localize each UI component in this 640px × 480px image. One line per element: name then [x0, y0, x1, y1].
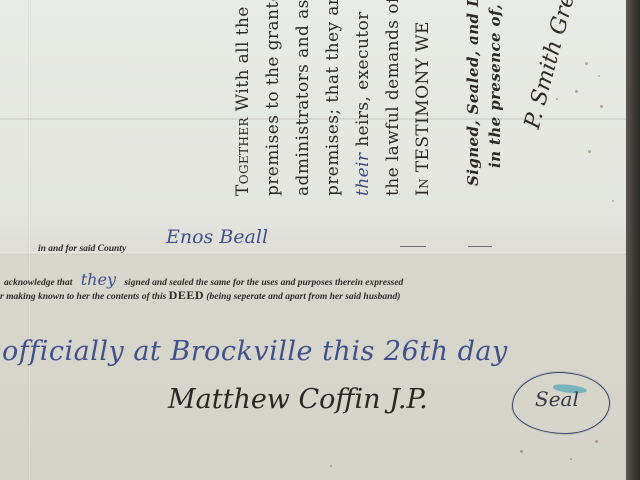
clause-line-1: Together With all the p	[228, 0, 258, 196]
seperate-text: (being seperate and apart from her said …	[206, 292, 400, 302]
foxing-spot	[570, 458, 572, 460]
dark-background-edge	[626, 0, 640, 480]
signed-sealed-text: signed and sealed the same for the uses …	[124, 278, 403, 288]
clause-line-4: premises; that they are	[318, 0, 348, 196]
foxing-spot	[595, 440, 598, 443]
presence-line: in the presence of,	[484, 0, 506, 186]
signed-sealed-line: Signed, Sealed, and Deli	[462, 0, 484, 186]
clause-line-2: premises to the grantee	[258, 0, 288, 196]
dash-line	[400, 246, 426, 247]
handwritten-their: their	[353, 153, 373, 196]
clause-text: With all the p	[233, 0, 253, 117]
justice-signature: Matthew Coffin J.P.	[168, 384, 428, 415]
grantor-signature: P. Smith Gre	[520, 0, 580, 131]
foxing-spot	[588, 150, 591, 153]
clause-line-3: administrators and assign	[288, 0, 318, 196]
foxing-spot	[560, 30, 563, 33]
foxing-spot	[520, 450, 523, 453]
foxing-spot	[556, 98, 558, 100]
foxing-spot	[612, 200, 614, 202]
deed-document: Together With all the p premises to the …	[0, 0, 628, 480]
deed-word: DEED	[169, 288, 204, 302]
foxing-spot	[600, 105, 603, 108]
smallcaps-in: In	[413, 178, 433, 196]
seal-label: Seal	[535, 387, 579, 411]
ack-line-3: r making known to her the contents of th…	[0, 288, 400, 303]
clause-line-7: In TESTIMONY WE	[408, 0, 438, 196]
handwritten-they: they	[75, 270, 122, 289]
clause-text: heirs, executor	[353, 11, 373, 152]
seal-mark: Seal	[512, 372, 610, 434]
ack-line-1: in and for said County	[38, 244, 126, 254]
clause-line-6: the lawful demands of a	[378, 0, 408, 196]
rotated-habendum-clause: Together With all the p premises to the …	[228, 0, 438, 196]
foxing-spot	[598, 75, 600, 77]
clause-line-5: their heirs, executor	[348, 0, 378, 196]
making-known-text: r making known to her the contents of th…	[0, 292, 166, 302]
acknowledge-text: acknowledge that	[4, 278, 72, 288]
county-text: in and for said County	[38, 244, 126, 254]
smallcaps-together: Together	[233, 117, 253, 196]
handwritten-location-date: officially at Brockville this 26th day	[2, 336, 508, 367]
dash-line	[468, 246, 492, 247]
ack-line-2: acknowledge that they signed and sealed …	[4, 270, 403, 289]
foxing-spot	[575, 90, 578, 93]
handwritten-name-enos-beall: Enos Beall	[166, 226, 268, 248]
rotated-signing-block: Signed, Sealed, and Deli in the presence…	[462, 0, 506, 186]
foxing-spot	[330, 465, 332, 467]
clause-text: TESTIMONY WE	[413, 21, 433, 178]
foxing-spot	[585, 62, 588, 65]
